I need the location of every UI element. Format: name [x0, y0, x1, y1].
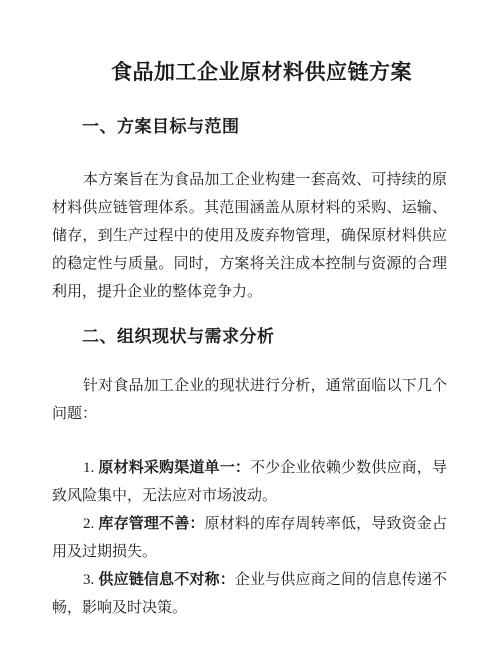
document-title: 食品加工企业原材料供应链方案 — [52, 60, 447, 85]
list-item-label: 库存管理不善： — [98, 516, 204, 532]
section-heading-goals-scope: 一、方案目标与范围 — [52, 117, 447, 137]
list-item-label: 供应链信息不对称： — [98, 572, 235, 588]
list-item-information-asymmetry: 3.供应链信息不对称：企业与供应商之间的信息传递不畅，影响及时决策。 — [52, 566, 447, 622]
section-heading-status-needs: 二、组织现状与需求分析 — [52, 327, 447, 347]
list-item-number: 2. — [83, 516, 94, 532]
list-item-procurement-channel: 1.原材料采购渠道单一：不少企业依赖少数供应商，导致风险集中，无法应对市场波动。 — [52, 454, 447, 510]
problem-list: 1.原材料采购渠道单一：不少企业依赖少数供应商，导致风险集中，无法应对市场波动。… — [52, 454, 447, 622]
list-item-inventory-management: 2.库存管理不善：原材料的库存周转率低，导致资金占用及过期损失。 — [52, 510, 447, 566]
status-needs-intro-paragraph: 针对食品加工企业的现状进行分析，通常面临以下几个问题： — [52, 372, 447, 428]
goals-scope-paragraph: 本方案旨在为食品加工企业构建一套高效、可持续的原材料供应链管理体系。其范围涵盖从… — [52, 166, 447, 306]
list-item-label: 原材料采购渠道单一： — [98, 460, 250, 476]
list-item-number: 3. — [83, 572, 94, 588]
list-item-number: 1. — [83, 460, 94, 476]
document-page: 食品加工企业原材料供应链方案 一、方案目标与范围 本方案旨在为食品加工企业构建一… — [0, 0, 500, 647]
